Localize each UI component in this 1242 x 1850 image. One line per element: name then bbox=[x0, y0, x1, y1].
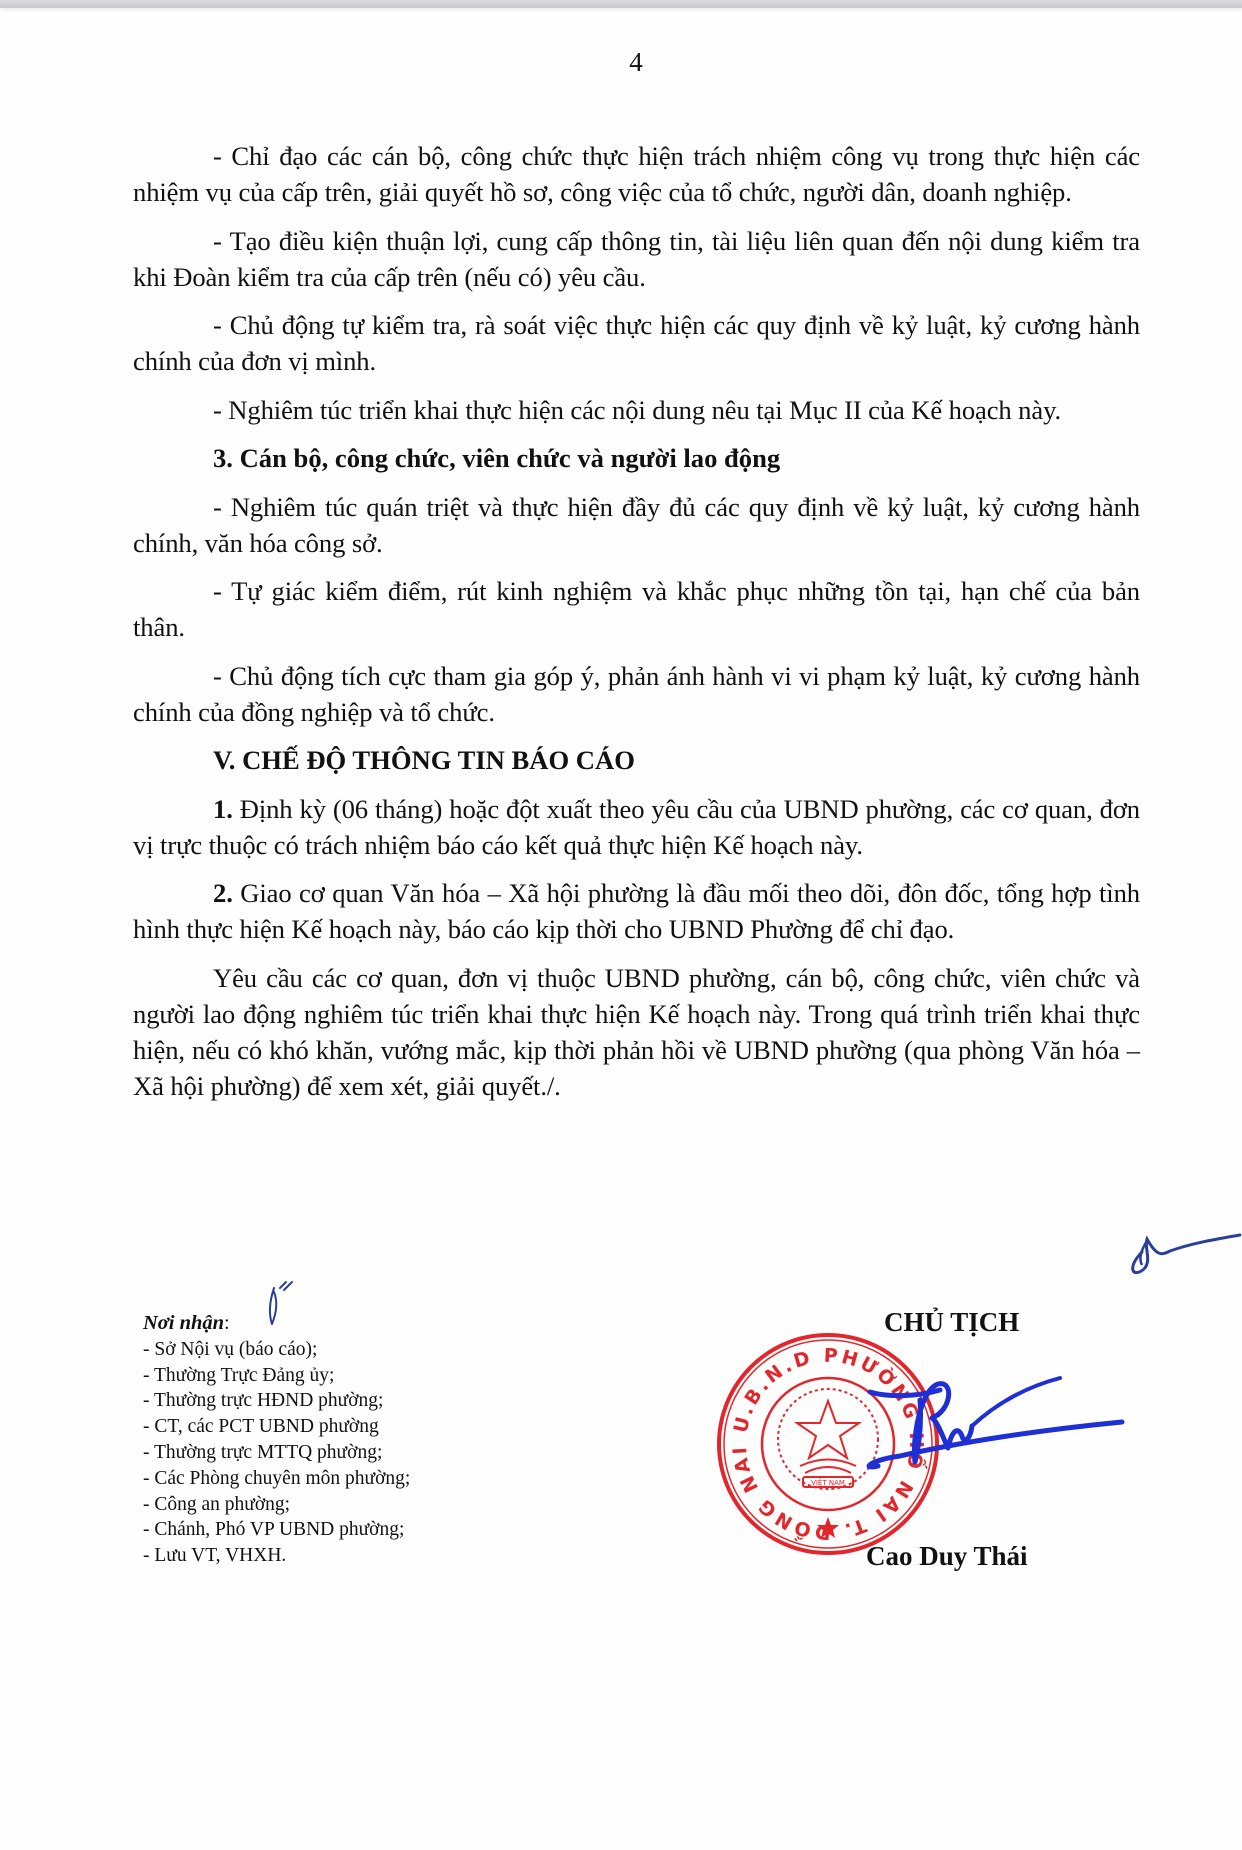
recipient-item: - Thường trực MTTQ phường; bbox=[143, 1440, 503, 1466]
recipients-list: Nơi nhận: - Sở Nội vụ (báo cáo); - Thườn… bbox=[143, 1311, 503, 1569]
recipient-item: - Thường Trực Đảng ủy; bbox=[143, 1363, 503, 1389]
document-body: - Chỉ đạo các cán bộ, công chức thực hiệ… bbox=[133, 138, 1140, 1116]
recipient-item: - CT, các PCT UBND phường bbox=[143, 1414, 503, 1440]
section-heading: V. CHẾ ĐỘ THÔNG TIN BÁO CÁO bbox=[133, 742, 1140, 778]
item-number: 2. bbox=[213, 878, 233, 908]
viewer-top-bar bbox=[0, 0, 1242, 8]
item-text: Giao cơ quan Văn hóa – Xã hội phường là … bbox=[133, 878, 1140, 944]
handwritten-signature-icon bbox=[860, 1370, 1130, 1480]
section-heading: 3. Cán bộ, công chức, viên chức và người… bbox=[133, 440, 1140, 476]
numbered-paragraph: 2. Giao cơ quan Văn hóa – Xã hội phường … bbox=[133, 875, 1140, 947]
recipients-heading: Nơi nhận: bbox=[143, 1311, 503, 1337]
paragraph: - Tạo điều kiện thuận lợi, cung cấp thôn… bbox=[133, 223, 1140, 295]
paragraph: - Chủ động tích cực tham gia góp ý, phản… bbox=[133, 658, 1140, 730]
paragraph: - Nghiêm túc quán triệt và thực hiện đầy… bbox=[133, 489, 1140, 561]
numbered-paragraph: 1. Định kỳ (06 tháng) hoặc đột xuất theo… bbox=[133, 791, 1140, 863]
recipient-item: - Lưu VT, VHXH. bbox=[143, 1543, 503, 1569]
recipient-item: - Chánh, Phó VP UBND phường; bbox=[143, 1517, 503, 1543]
item-number: 1. bbox=[213, 794, 233, 824]
handwritten-initial-icon bbox=[1122, 1217, 1242, 1277]
recipient-item: - Sở Nội vụ (báo cáo); bbox=[143, 1337, 503, 1363]
paragraph: - Chỉ đạo các cán bộ, công chức thực hiệ… bbox=[133, 138, 1140, 210]
svg-text:VIỆT NAM: VIỆT NAM bbox=[811, 1478, 845, 1487]
recipient-item: - Thường trực HĐND phường; bbox=[143, 1388, 503, 1414]
item-text: Định kỳ (06 tháng) hoặc đột xuất theo yê… bbox=[133, 794, 1140, 860]
paragraph: - Nghiêm túc triển khai thực hiện các nộ… bbox=[133, 392, 1140, 428]
page-number: 4 bbox=[0, 47, 1242, 78]
closing-paragraph: Yêu cầu các cơ quan, đơn vị thuộc UBND p… bbox=[133, 960, 1140, 1104]
recipient-item: - Công an phường; bbox=[143, 1492, 503, 1518]
paragraph: - Chủ động tự kiểm tra, rà soát việc thự… bbox=[133, 307, 1140, 379]
paragraph: - Tự giác kiểm điểm, rút kinh nghiệm và … bbox=[133, 573, 1140, 645]
signer-name: Cao Duy Thái bbox=[866, 1541, 1028, 1572]
recipient-item: - Các Phòng chuyên môn phường; bbox=[143, 1466, 503, 1492]
